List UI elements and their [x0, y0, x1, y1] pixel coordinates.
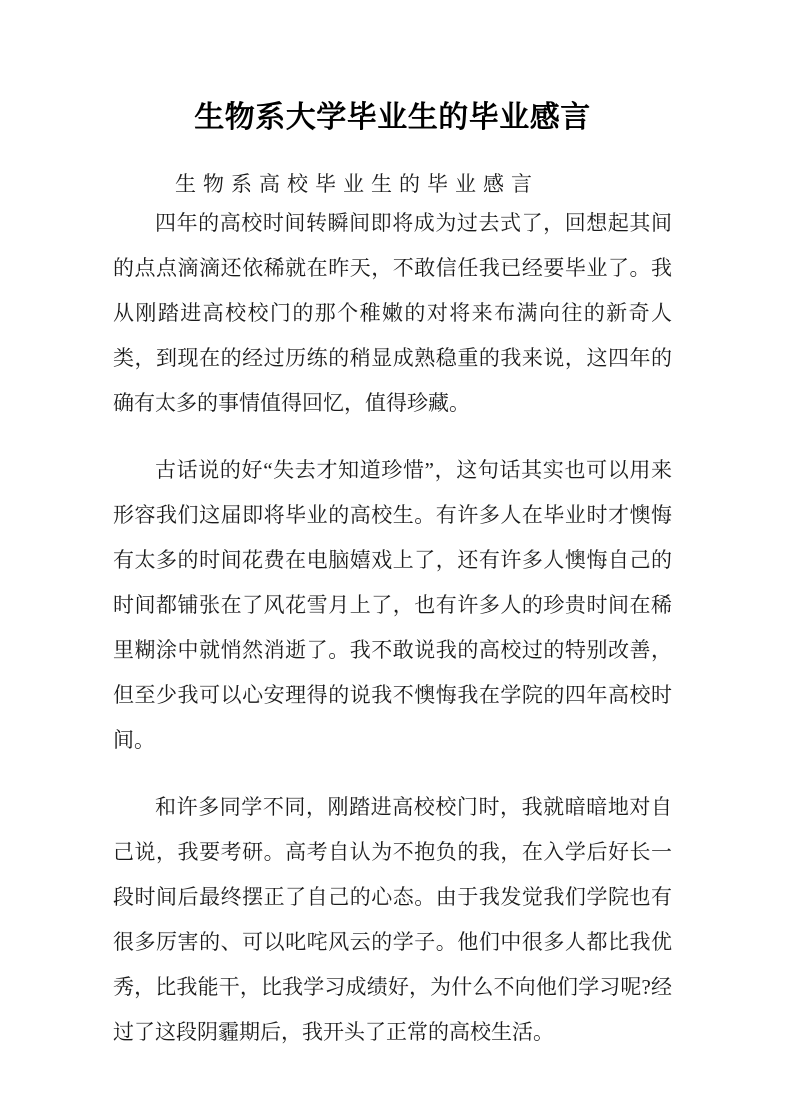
document-subtitle: 生物系高校毕业生的毕业感言 [113, 172, 672, 196]
document-title: 生物系大学毕业生的毕业感言 [113, 98, 672, 138]
document-body: 四年的高校时间转瞬间即将成为过去式了，回想起其间的点点滴滴还依稀就在昨天，不敢信… [113, 201, 672, 1055]
document-page: 生物系大学毕业生的毕业感言 生物系高校毕业生的毕业感言 四年的高校时间转瞬间即将… [0, 0, 792, 1120]
paragraph: 古话说的好“失去才知道珍惜”，这句话其实也可以用来形容我们这届即将毕业的高校生。… [113, 448, 672, 763]
paragraph: 四年的高校时间转瞬间即将成为过去式了，回想起其间的点点滴滴还依稀就在昨天，不敢信… [113, 201, 672, 426]
paragraph: 和许多同学不同，刚踏进高校校门时，我就暗暗地对自己说，我要考研。高考自认为不抱负… [113, 785, 672, 1055]
